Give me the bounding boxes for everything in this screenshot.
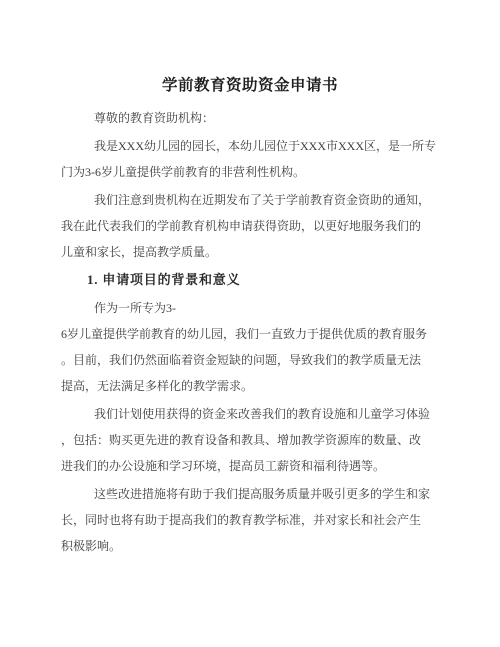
text-line: 尊敬的教育资助机构： (61, 105, 439, 131)
text-line: ，包括：购买更先进的教育设备和教具、增加教学资源库的数量、改 (61, 427, 439, 453)
paragraph: 我们计划使用获得的资金来改善我们的教育设施和儿童学习体验，包括：购买更先进的教育… (61, 401, 439, 479)
text-line: 我在此代表我们的学前教育机构申请获得资助，以更好地服务我们的 (61, 213, 439, 239)
text-line: 门为3-6岁儿童提供学前教育的非营利性机构。 (61, 159, 439, 185)
paragraph: 作为一所专为3-6岁儿童提供学前教育的幼儿园，我们一直致力于提供优质的教育服务。… (61, 295, 439, 399)
paragraph: 我们注意到贵机构在近期发布了关于学前教育资金资助的通知，我在此代表我们的学前教育… (61, 187, 439, 265)
text-line: 儿童和家长，提高教学质量。 (61, 239, 439, 265)
text-line: 这些改进措施将有助于我们提高服务质量并吸引更多的学生和家 (61, 481, 439, 507)
document-body: 尊敬的教育资助机构：我是XXX幼儿园的园长，本幼儿园位于XXX市XXX区，是一所… (61, 105, 439, 559)
text-line: 我们注意到贵机构在近期发布了关于学前教育资金资助的通知， (61, 187, 439, 213)
text-line: 6岁儿童提供学前教育的幼儿园，我们一直致力于提供优质的教育服务 (61, 321, 439, 347)
text-line: 提高，无法满足多样化的教学需求。 (61, 373, 439, 399)
text-line: 我们计划使用获得的资金来改善我们的教育设施和儿童学习体验 (61, 401, 439, 427)
text-line: 进我们的办公设施和学习环境，提高员工薪资和福利待遇等。 (61, 453, 439, 479)
text-line: 长，同时也将有助于提高我们的教育教学标准，并对家长和社会产生 (61, 507, 439, 533)
document-title: 学前教育资助资金申请书 (61, 75, 439, 97)
text-line: 1. 申请项目的背景和意义 (61, 267, 439, 293)
text-line: 。目前，我们仍然面临着资金短缺的问题，导致我们的教学质量无法 (61, 347, 439, 373)
section-heading: 1. 申请项目的背景和意义 (61, 267, 439, 293)
text-line: 我是XXX幼儿园的园长，本幼儿园位于XXX市XXX区，是一所专 (61, 133, 439, 159)
text-line: 作为一所专为3- (61, 295, 439, 321)
text-line: 积极影响。 (61, 533, 439, 559)
paragraph: 这些改进措施将有助于我们提高服务质量并吸引更多的学生和家长，同时也将有助于提高我… (61, 481, 439, 559)
paragraph: 我是XXX幼儿园的园长，本幼儿园位于XXX市XXX区，是一所专门为3-6岁儿童提… (61, 133, 439, 185)
paragraph: 尊敬的教育资助机构： (61, 105, 439, 131)
document-page: 学前教育资助资金申请书 尊敬的教育资助机构：我是XXX幼儿园的园长，本幼儿园位于… (0, 0, 500, 647)
